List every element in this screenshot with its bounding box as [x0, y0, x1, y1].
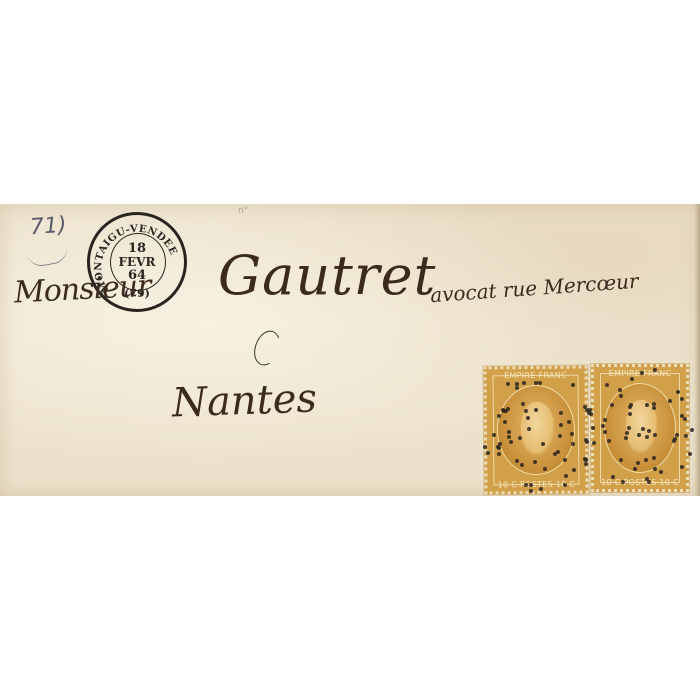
cancel-dot [619, 394, 623, 398]
cancel-dot [683, 417, 687, 421]
cancel-dot [534, 408, 538, 412]
pencil-note: 71) [29, 213, 67, 240]
cancel-dot [520, 463, 524, 467]
cancel-dot [571, 442, 575, 446]
cancel-dot [529, 483, 533, 487]
cancel-dot [641, 427, 645, 431]
cancel-dot [570, 432, 574, 436]
cancel-dot [486, 451, 490, 455]
cancel-dot [585, 408, 589, 412]
cancel-dot [607, 439, 611, 443]
address-salutation: Monsieur [13, 268, 151, 310]
cancel-dot [559, 423, 563, 427]
pencil-mark: n° [238, 206, 248, 216]
cancel-dot [524, 409, 528, 413]
cancel-dot [633, 467, 637, 471]
cancel-dot [515, 386, 519, 390]
cancel-dot [584, 438, 588, 442]
cancel-dot [533, 460, 537, 464]
cancel-dot [619, 458, 623, 462]
cancel-dot [688, 452, 692, 456]
cancel-dot [572, 468, 576, 472]
cancel-dot [680, 397, 684, 401]
stamp-bottom-text: 10 C POSTES 10 C [594, 478, 686, 487]
cancel-dot [527, 427, 531, 431]
address-surname: Gautret [218, 244, 436, 307]
stamp-bottom-text: 10 C POSTES 10 C [487, 480, 585, 490]
cancel-dot [521, 402, 525, 406]
cancel-dot [539, 487, 543, 491]
cancel-dot [515, 459, 519, 463]
stamp-top-text: EMPIRE FRANC [486, 371, 584, 381]
cancel-dot [621, 480, 625, 484]
cancel-dot [637, 433, 641, 437]
cancel-dot [644, 458, 648, 462]
cancel-dot [524, 483, 528, 487]
postmark-month: FEVR [90, 255, 184, 269]
cancel-dot [652, 406, 656, 410]
cancel-dot [564, 474, 568, 478]
cancel-dot [492, 433, 496, 437]
cancel-dot [603, 418, 607, 422]
cancel-dot [509, 440, 513, 444]
cancel-dot [563, 458, 567, 462]
cancel-dot [506, 407, 510, 411]
cancel-dot [558, 434, 562, 438]
cancel-dot [627, 426, 631, 430]
postmark-day: 18 [90, 241, 184, 256]
cancel-dot [680, 465, 684, 469]
cancel-dot [541, 442, 545, 446]
address-city: Nantes [171, 375, 317, 426]
cancel-dot [553, 452, 557, 456]
cancel-dot [559, 411, 563, 415]
cancel-dot [684, 434, 688, 438]
cancel-dot [503, 420, 507, 424]
cancel-dot [563, 483, 567, 487]
cancel-dot [538, 381, 542, 385]
cancel-dot [611, 475, 615, 479]
